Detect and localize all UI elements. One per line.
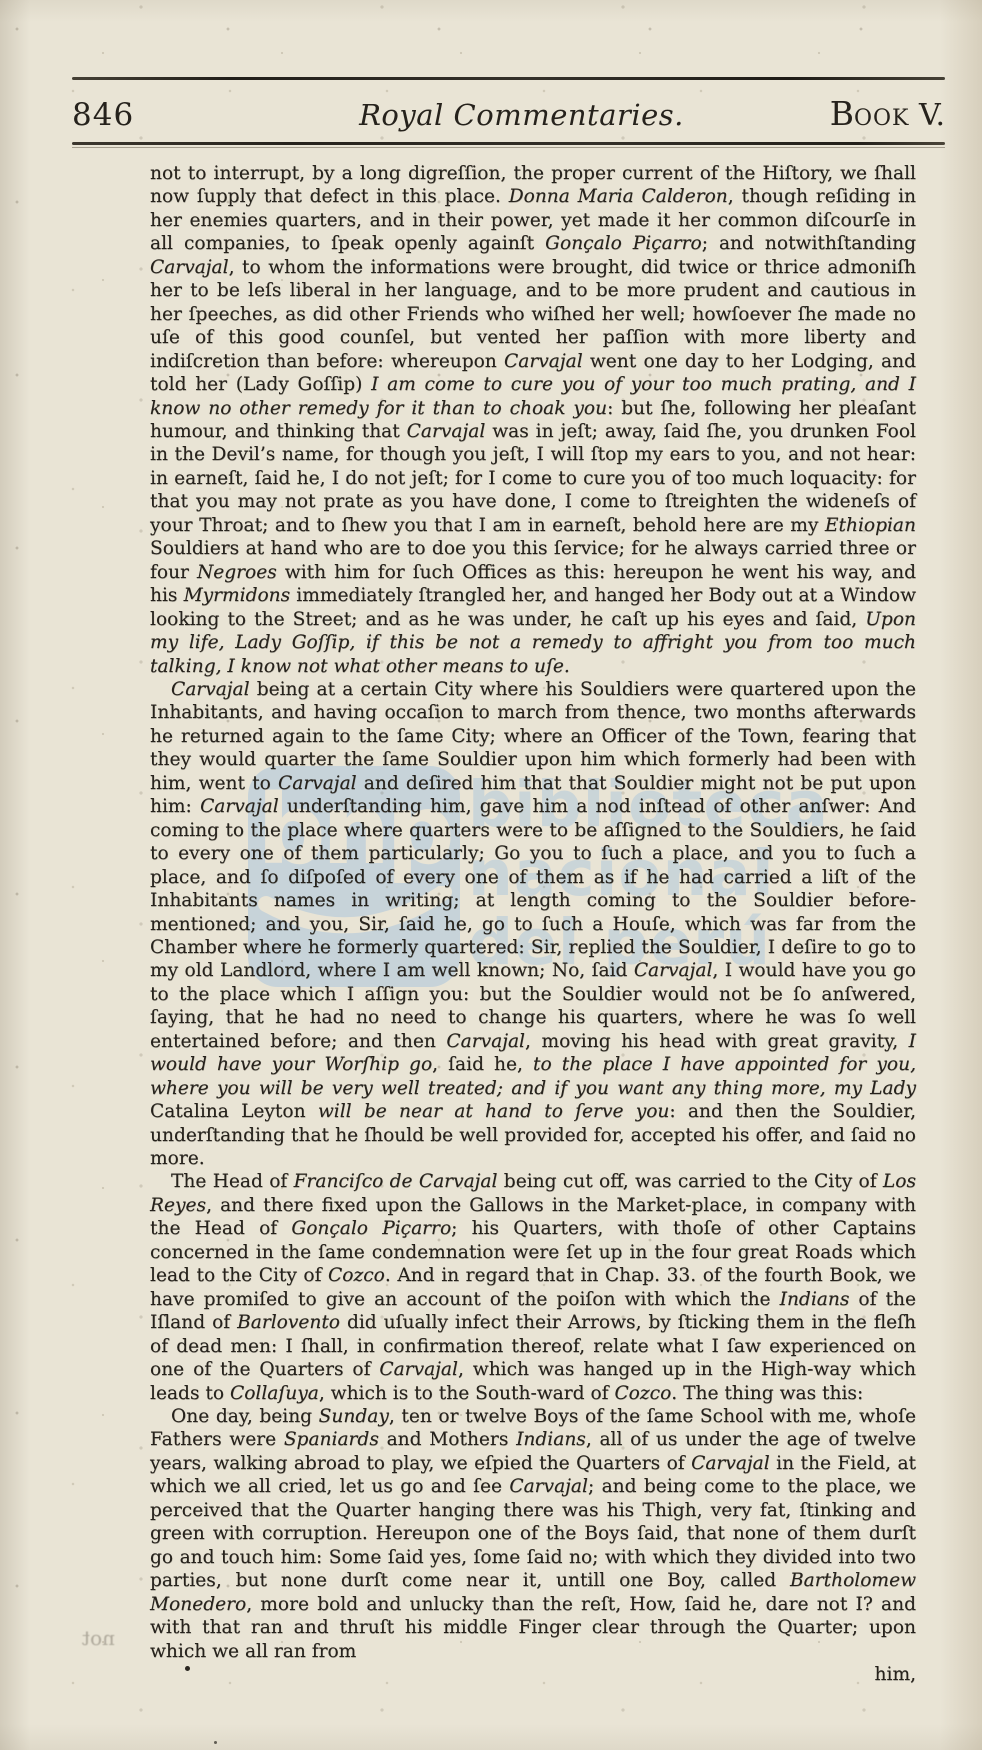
text-segment: The Head of	[171, 1171, 294, 1192]
italic-text-segment: Barlovento	[237, 1312, 340, 1333]
header-bottom-rule	[72, 142, 945, 145]
italic-text-segment: Carvajal	[509, 1476, 588, 1497]
italic-text-segment: Carvajal	[171, 679, 250, 700]
italic-text-segment: Carvajal	[278, 773, 357, 794]
ink-bleedthrough-text: not	[82, 1626, 115, 1650]
text-segment: , moving his head with great gravity,	[525, 1031, 909, 1052]
body-paragraph: One day, being Sunday, ten or twelve Boy…	[150, 1405, 916, 1663]
text-segment: and Mothers	[379, 1429, 516, 1450]
italic-text-segment: Carvajal	[691, 1453, 770, 1474]
text-segment: Catalina Leyton	[150, 1101, 318, 1122]
italic-text-segment: Carvajal	[407, 421, 486, 442]
italic-text-segment: Carvajal	[379, 1359, 458, 1380]
body-paragraph: Carvajal being at a certain City where h…	[150, 678, 916, 1171]
page-body-text: not to interrupt, by a long digreſſion, …	[150, 162, 916, 1686]
italic-text-segment: Gonçalo Piçarro	[545, 233, 702, 254]
page-number: 846	[72, 97, 222, 133]
header-top-rule	[72, 77, 945, 80]
body-paragraph: The Head of Franciſco de Carvajal being …	[150, 1170, 916, 1405]
italic-text-segment: Cozco	[328, 1265, 385, 1286]
italic-text-segment: Spaniards	[284, 1429, 379, 1450]
text-segment: ; and notwithſtanding	[702, 233, 916, 254]
book-label-initial: B	[830, 94, 854, 133]
text-segment: , ſaid he,	[432, 1054, 533, 1075]
italic-text-segment: Sunday	[319, 1406, 389, 1427]
text-segment: being cut off, was carried to the City o…	[497, 1171, 882, 1192]
book-page-scan: bnp bibliotecanacionaldel perú 846 Royal…	[0, 0, 982, 1750]
running-title: Royal Commentaries.	[222, 98, 775, 132]
italic-text-segment: Myrmidons	[184, 585, 291, 606]
italic-text-segment: Carvajal	[446, 1031, 525, 1052]
ink-spot	[185, 1666, 190, 1671]
italic-text-segment: Negroes	[197, 562, 277, 583]
italic-text-segment: Carvajal	[504, 351, 583, 372]
text-segment: underſtanding him, gave him a nod inſtea…	[150, 796, 916, 981]
text-segment: One day, being	[171, 1406, 319, 1427]
italic-text-segment: Gonçalo Piçarro	[291, 1218, 451, 1239]
italic-text-segment: Donna Maria Calderon	[509, 186, 728, 207]
header-bottom-rule-echo	[72, 147, 945, 148]
text-segment: . The thing was this:	[671, 1383, 863, 1404]
text-segment: , more bold and unlucky than the reſt, H…	[150, 1594, 916, 1662]
running-header: 846 Royal Commentaries. BOOK V.	[72, 94, 945, 133]
body-paragraph: not to interrupt, by a long digreſſion, …	[150, 162, 916, 678]
italic-text-segment: Carvajal	[150, 257, 229, 278]
italic-text-segment: will be near at hand to ſerve you	[318, 1101, 670, 1122]
italic-text-segment: Collaſuya	[230, 1383, 319, 1404]
italic-text-segment: Carvajal	[634, 960, 713, 981]
italic-text-segment: Ethiopian	[825, 515, 916, 536]
book-label-numeral: V.	[910, 98, 946, 133]
text-segment: , which is to the South-ward of	[319, 1383, 615, 1404]
ink-spot	[214, 1741, 217, 1744]
book-label: BOOK V.	[775, 94, 945, 133]
italic-text-segment: Indians	[516, 1429, 586, 1450]
book-label-small-caps: OOK	[854, 106, 910, 131]
italic-text-segment: Indians	[780, 1289, 850, 1310]
italic-text-segment: Franciſco de Carvajal	[294, 1171, 498, 1192]
italic-text-segment: Carvajal	[200, 796, 279, 817]
catchword: him,	[150, 1663, 916, 1686]
italic-text-segment: Cozco	[614, 1383, 671, 1404]
